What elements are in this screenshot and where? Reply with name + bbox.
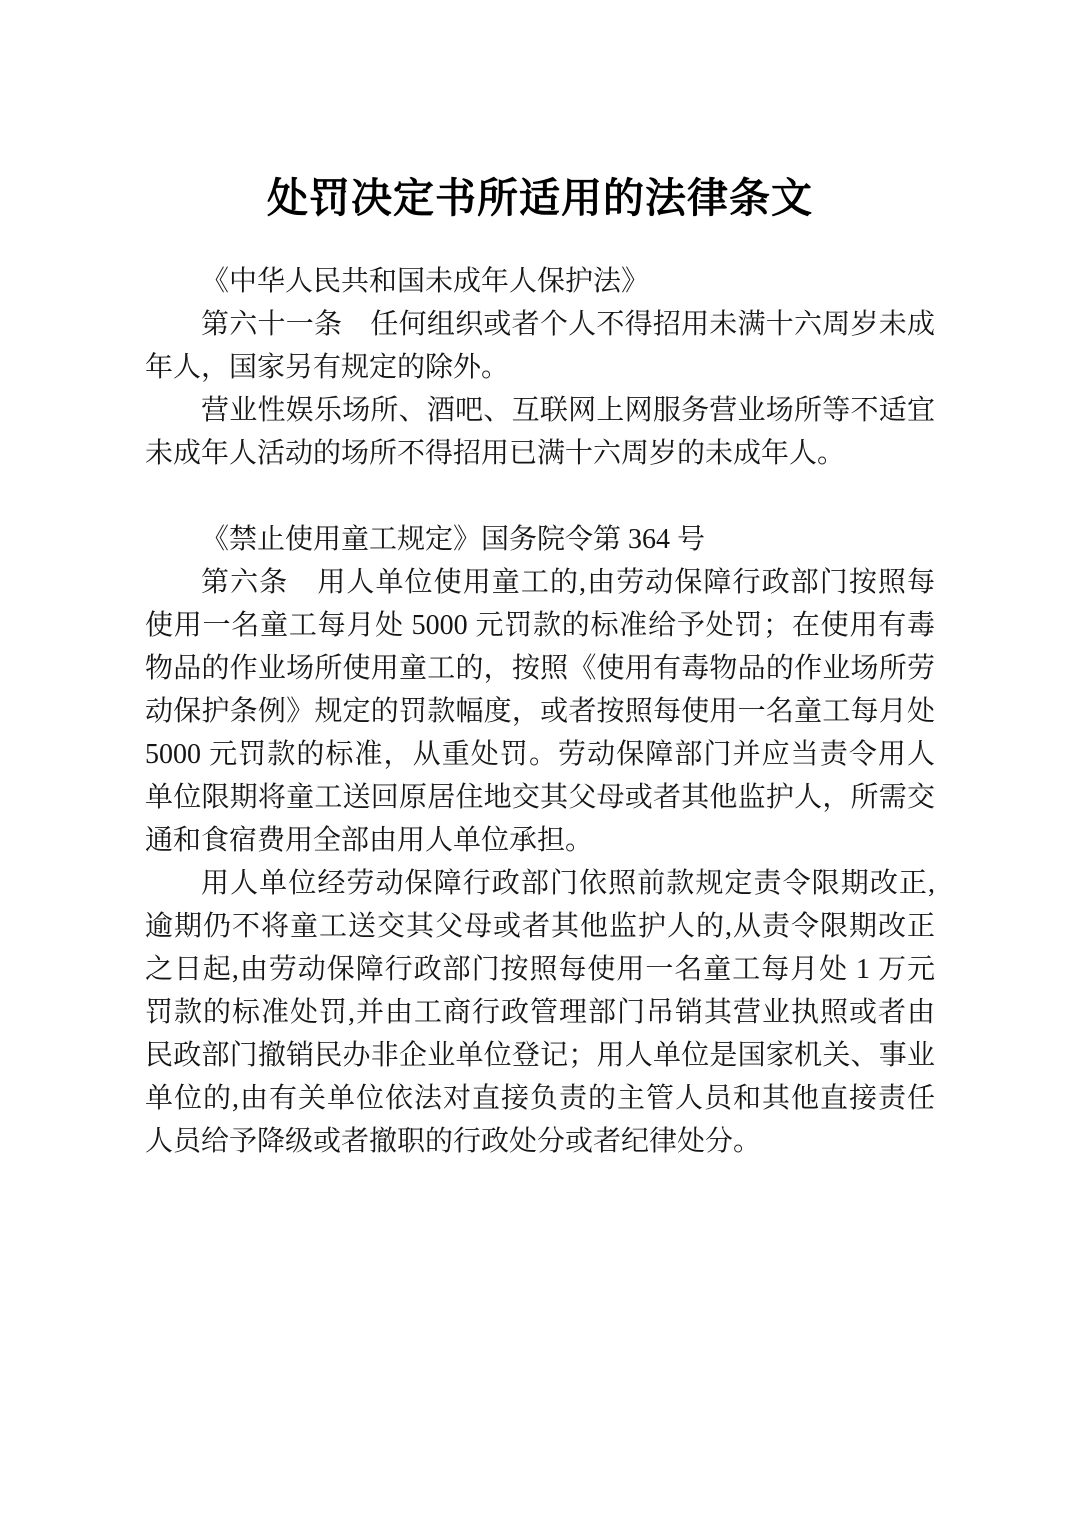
paragraph-article-6-clause-1: 第六条 用人单位使用童工的,由劳动保障行政部门按照每使用一名童工每月处 5000… xyxy=(145,561,935,862)
law-heading-child-labor: 《禁止使用童工规定》国务院令第 364 号 xyxy=(145,518,935,561)
law-section-child-labor: 《禁止使用童工规定》国务院令第 364 号 第六条 用人单位使用童工的,由劳动保… xyxy=(145,518,935,1163)
paragraph-article-6-clause-2: 用人单位经劳动保障行政部门依照前款规定责令限期改正,逾期仍不将童工送交其父母或者… xyxy=(145,862,935,1163)
document-page: 处罚决定书所适用的法律条文 《中华人民共和国未成年人保护法》 第六十一条 任何组… xyxy=(0,0,1074,1520)
document-title: 处罚决定书所适用的法律条文 xyxy=(145,172,935,224)
law-heading-minor-protection: 《中华人民共和国未成年人保护法》 xyxy=(145,260,935,303)
paragraph-article-61: 第六十一条 任何组织或者个人不得招用未满十六周岁未成年人，国家另有规定的除外。 xyxy=(145,303,935,389)
law-section-minor-protection: 《中华人民共和国未成年人保护法》 第六十一条 任何组织或者个人不得招用未满十六周… xyxy=(145,260,935,475)
paragraph-business-venues: 营业性娱乐场所、酒吧、互联网上网服务营业场所等不适宜未成年人活动的场所不得招用已… xyxy=(145,389,935,475)
